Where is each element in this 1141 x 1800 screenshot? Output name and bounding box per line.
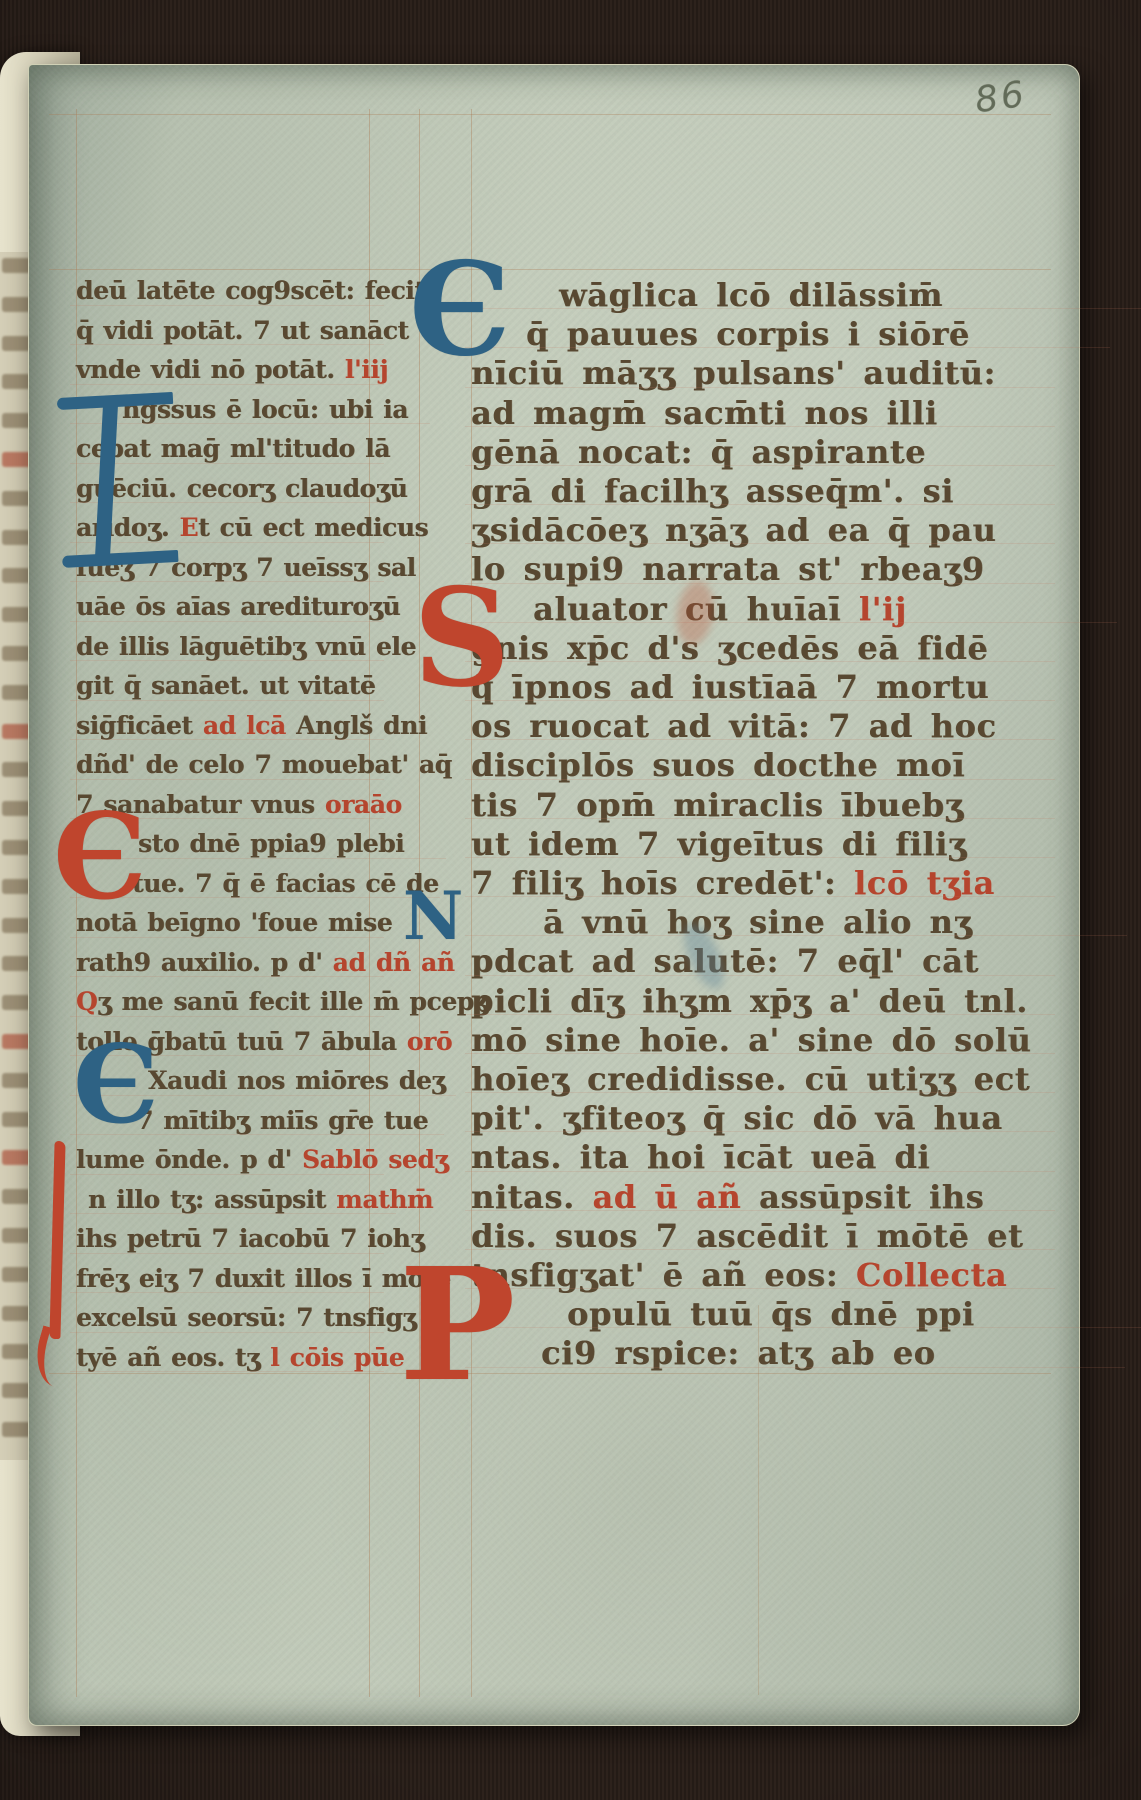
text-guide-line [465, 504, 1055, 505]
text-guide-line [465, 1092, 1055, 1093]
text-line: tyē añ eos. tʒ l cōis pūe [76, 1338, 372, 1378]
text-guide-line [70, 1016, 384, 1017]
body-text: t cū ect medicus [198, 513, 428, 542]
rubric-text: ad lcā [203, 711, 296, 740]
text-guide-line [465, 1210, 1055, 1211]
text-guide-line [70, 660, 384, 661]
body-text: rath9 auxilio. p d' [76, 948, 333, 977]
body-text: deū latēte cog9scēt: fecit [76, 276, 426, 305]
text-line: mō sine hoīe. a' sine dō solū [471, 1020, 1043, 1059]
text-line: picli dīʒ ihʒm xp̄ʒ a' deū tnl. [471, 981, 1043, 1020]
text-line: ihs petrū 7 iacobū 7 iohʒ [76, 1219, 372, 1259]
text-line: ā vnū hoʒ sine alio nʒ [471, 902, 1115, 941]
text-guide-line [465, 1367, 1125, 1368]
body-text: 7 mītibʒ miīs gr̄e tue [136, 1106, 428, 1135]
text-guide-line [465, 1171, 1055, 1172]
text-line: q̄ vidi potāt. 7 ut sanāct [76, 311, 372, 351]
text-line: nīciū māʒʒ pulsans' auditū: [471, 353, 1043, 392]
text-guide-line [70, 1332, 384, 1333]
text-guide-line [70, 305, 384, 306]
text-guide-line [70, 976, 384, 977]
text-guide-line [465, 347, 1110, 348]
text-guide-line [70, 1292, 384, 1293]
text-line: pit'. ʒfiteoʒ q̄ sic dō vā hua [471, 1098, 1043, 1137]
text-guide-line [465, 896, 1055, 897]
body-text: sto dnē ppia9 plebi [138, 829, 404, 858]
rubric-text: Q [76, 987, 97, 1016]
body-text: excelsū seorsū: 7 tnsfigʒ [76, 1303, 416, 1332]
initial-I-red-tall [47, 1141, 69, 1351]
text-line: grā di facilhʒ asseq̄m'. si [471, 471, 1043, 510]
text-line: n illo tʒ: assūpsit mathm̄ [76, 1180, 384, 1220]
text-guide-line [465, 622, 1117, 623]
rubric-text: oraāo [325, 790, 402, 819]
body-text: lume ōnde. p d' [76, 1145, 302, 1174]
text-line: excelsū seorsū: 7 tnsfigʒ [76, 1298, 372, 1338]
text-line: dis. suos 7 ascēdit ī mōtē et [471, 1216, 1043, 1255]
text-line: frēʒ eiʒ 7 duxit illos ī mōte [76, 1259, 372, 1299]
body-text: Xaudi nos miōres deʒ [148, 1066, 445, 1095]
text-guide-line [465, 818, 1055, 819]
text-line: tnsfigʒat' ē añ eos: Collecta [471, 1255, 1043, 1294]
initial-N-blue: N [403, 891, 463, 942]
body-text: uāe ōs aīas aredituroʒū [76, 592, 400, 621]
text-guide-line [70, 700, 384, 701]
text-guide-line [465, 661, 1055, 662]
body-text: q̄ vidi potāt. 7 ut sanāct [76, 316, 409, 345]
text-guide-line [465, 1327, 1141, 1328]
text-line: rath9 auxilio. p d' ad dñ añ [76, 943, 372, 983]
text-guide-line [465, 779, 1055, 780]
text-line: disciplōs suos docthe moī [471, 745, 1043, 784]
initial-E-blue-right: Є [409, 261, 511, 361]
body-text: ihs petrū 7 iacobū 7 iohʒ [76, 1224, 424, 1253]
text-line: dñd' de celo 7 mouebat' aq̄ [76, 745, 372, 785]
body-text: de illis lāguētibʒ vnū ele [76, 632, 416, 661]
text-line: gnis xp̄c d's ʒcedēs eā fidē [471, 628, 1043, 667]
text-guide-line [465, 426, 1055, 427]
text-line: ntas. ita hoi īcāt ueā di [471, 1137, 1043, 1176]
rubric-text: mathm̄ [336, 1185, 433, 1214]
photo-background: 86 deū latēte cog9scēt: fecitq̄ vidi pot… [0, 0, 1141, 1800]
body-text: vnde vidi nō potāt. [76, 355, 345, 384]
text-line: q̄ pauues corpis i siōrē [471, 314, 1098, 353]
text-line: vnde vidi nō potāt. l'iij [76, 350, 372, 390]
text-guide-line [70, 779, 384, 780]
text-guide-line [465, 387, 1055, 388]
text-line: ut idem 7 vigeītus di filiʒ [471, 824, 1043, 863]
body-text: frēʒ eiʒ 7 duxit illos ī mōte [76, 1264, 451, 1293]
text-line: aluator cū huīaī l'ij [471, 589, 1105, 628]
body-text: dñd' de celo 7 mouebat' aq̄ [76, 750, 452, 779]
text-line: Qʒ me sanū fecit ille m̄ pcepʒ [76, 982, 372, 1022]
rubric-text: l cōis pūe [270, 1343, 404, 1372]
text-guide-line [465, 1014, 1055, 1015]
text-line: ad magm̄ sacm̄ti nos illi [471, 393, 1043, 432]
text-guide-line [70, 344, 384, 345]
text-guide-line [70, 1253, 384, 1254]
text-guide-line [465, 1053, 1055, 1054]
rubric-text: E [179, 513, 198, 542]
text-guide-line [70, 621, 384, 622]
rubric-text: orō [407, 1027, 452, 1056]
text-line: deū latēte cog9scēt: fecit [76, 271, 372, 311]
text-line: lo supi9 narrata st' rbeaʒ9 [471, 549, 1043, 588]
body-text: tue. 7 q̄ ē facias cē de [132, 869, 439, 898]
text-guide-line [465, 857, 1055, 858]
text-guide-line [465, 975, 1055, 976]
text-line: ʒsidācōeʒ nʒāʒ ad ea q̄ pau [471, 510, 1043, 549]
text-line: 7 filiʒ hoīs credēt': lcō tʒia [471, 863, 1043, 902]
text-guide-line [70, 581, 384, 582]
text-guide-line [465, 700, 1055, 701]
text-line: opulū tuū q̄s dnē ppi [471, 1294, 1139, 1333]
initial-S-red: S [413, 585, 511, 690]
manuscript-page: 86 deū latēte cog9scēt: fecitq̄ vidi pot… [28, 64, 1080, 1726]
text-guide-line [465, 465, 1055, 466]
text-guide-line [465, 1131, 1055, 1132]
text-guide-line [70, 1174, 384, 1175]
initial-P-red: P [399, 1265, 516, 1386]
text-line: gēnā nocat: q̄ aspirante [471, 432, 1043, 471]
text-guide-line [70, 1371, 384, 1372]
ruling-horizontal [49, 269, 1051, 270]
text-line: git q̄ sanāet. ut vitatē [76, 666, 372, 706]
text-guide-line [70, 739, 384, 740]
initial-E-red: Є [53, 811, 147, 903]
rubric-text: l'iij [345, 355, 388, 384]
text-line: de illis lāguētibʒ vnū ele [76, 627, 372, 667]
text-line: ci9 rspice: atʒ ab eo [471, 1333, 1113, 1372]
body-text: n illo tʒ: assūpsit [88, 1185, 336, 1214]
body-text: Anglš dni [296, 711, 427, 740]
text-line: wāglica lcō dilāssim̄ [471, 275, 1131, 314]
text-line: uāe ōs aīas aredituroʒū [76, 587, 372, 627]
text-line: q̄ īpnos ad iustīaā 7 mortu [471, 667, 1043, 706]
text-guide-line [465, 308, 1141, 309]
ruling-horizontal [49, 114, 1051, 115]
body-text: git q̄ sanāet. ut vitatē [76, 671, 375, 700]
text-guide-line [465, 935, 1127, 936]
text-line: tis 7 opm̄ miraclis ībuebʒ [471, 785, 1043, 824]
text-guide-line [465, 583, 1055, 584]
text-guide-line [70, 384, 384, 385]
text-guide-line [70, 1213, 396, 1214]
text-line: siḡficāet ad lcā Anglš dni [76, 706, 372, 746]
text-line: pdcat ad salutē: 7 eq̄l' cāt [471, 941, 1043, 980]
body-text: tyē añ eos. tʒ [76, 1343, 270, 1372]
text-guide-line [465, 543, 1055, 544]
text-line: hoīeʒ credidisse. cū utiʒʒ ect [471, 1059, 1043, 1098]
body-text: ʒ me sanū fecit ille m̄ pcepʒ [97, 987, 487, 1016]
initial-I-blue [57, 395, 173, 571]
text-guide-line [70, 937, 384, 938]
text-column-right: wāglica lcō dilāssim̄q̄ pauues corpis i … [471, 275, 1043, 1373]
text-line: os ruocat ad vitā: 7 ad hoc [471, 706, 1043, 745]
initial-E-blue: Є [73, 1043, 159, 1127]
text-line: nitas. ad ū añ assūpsit ihs [471, 1177, 1043, 1216]
body-text: siḡficāet [76, 711, 203, 740]
folio-number: 86 [972, 74, 1029, 122]
text-guide-line [465, 1249, 1055, 1250]
rubric-text: Sablō sedʒ [302, 1145, 448, 1174]
text-guide-line [465, 1288, 1055, 1289]
text-guide-line [465, 739, 1055, 740]
